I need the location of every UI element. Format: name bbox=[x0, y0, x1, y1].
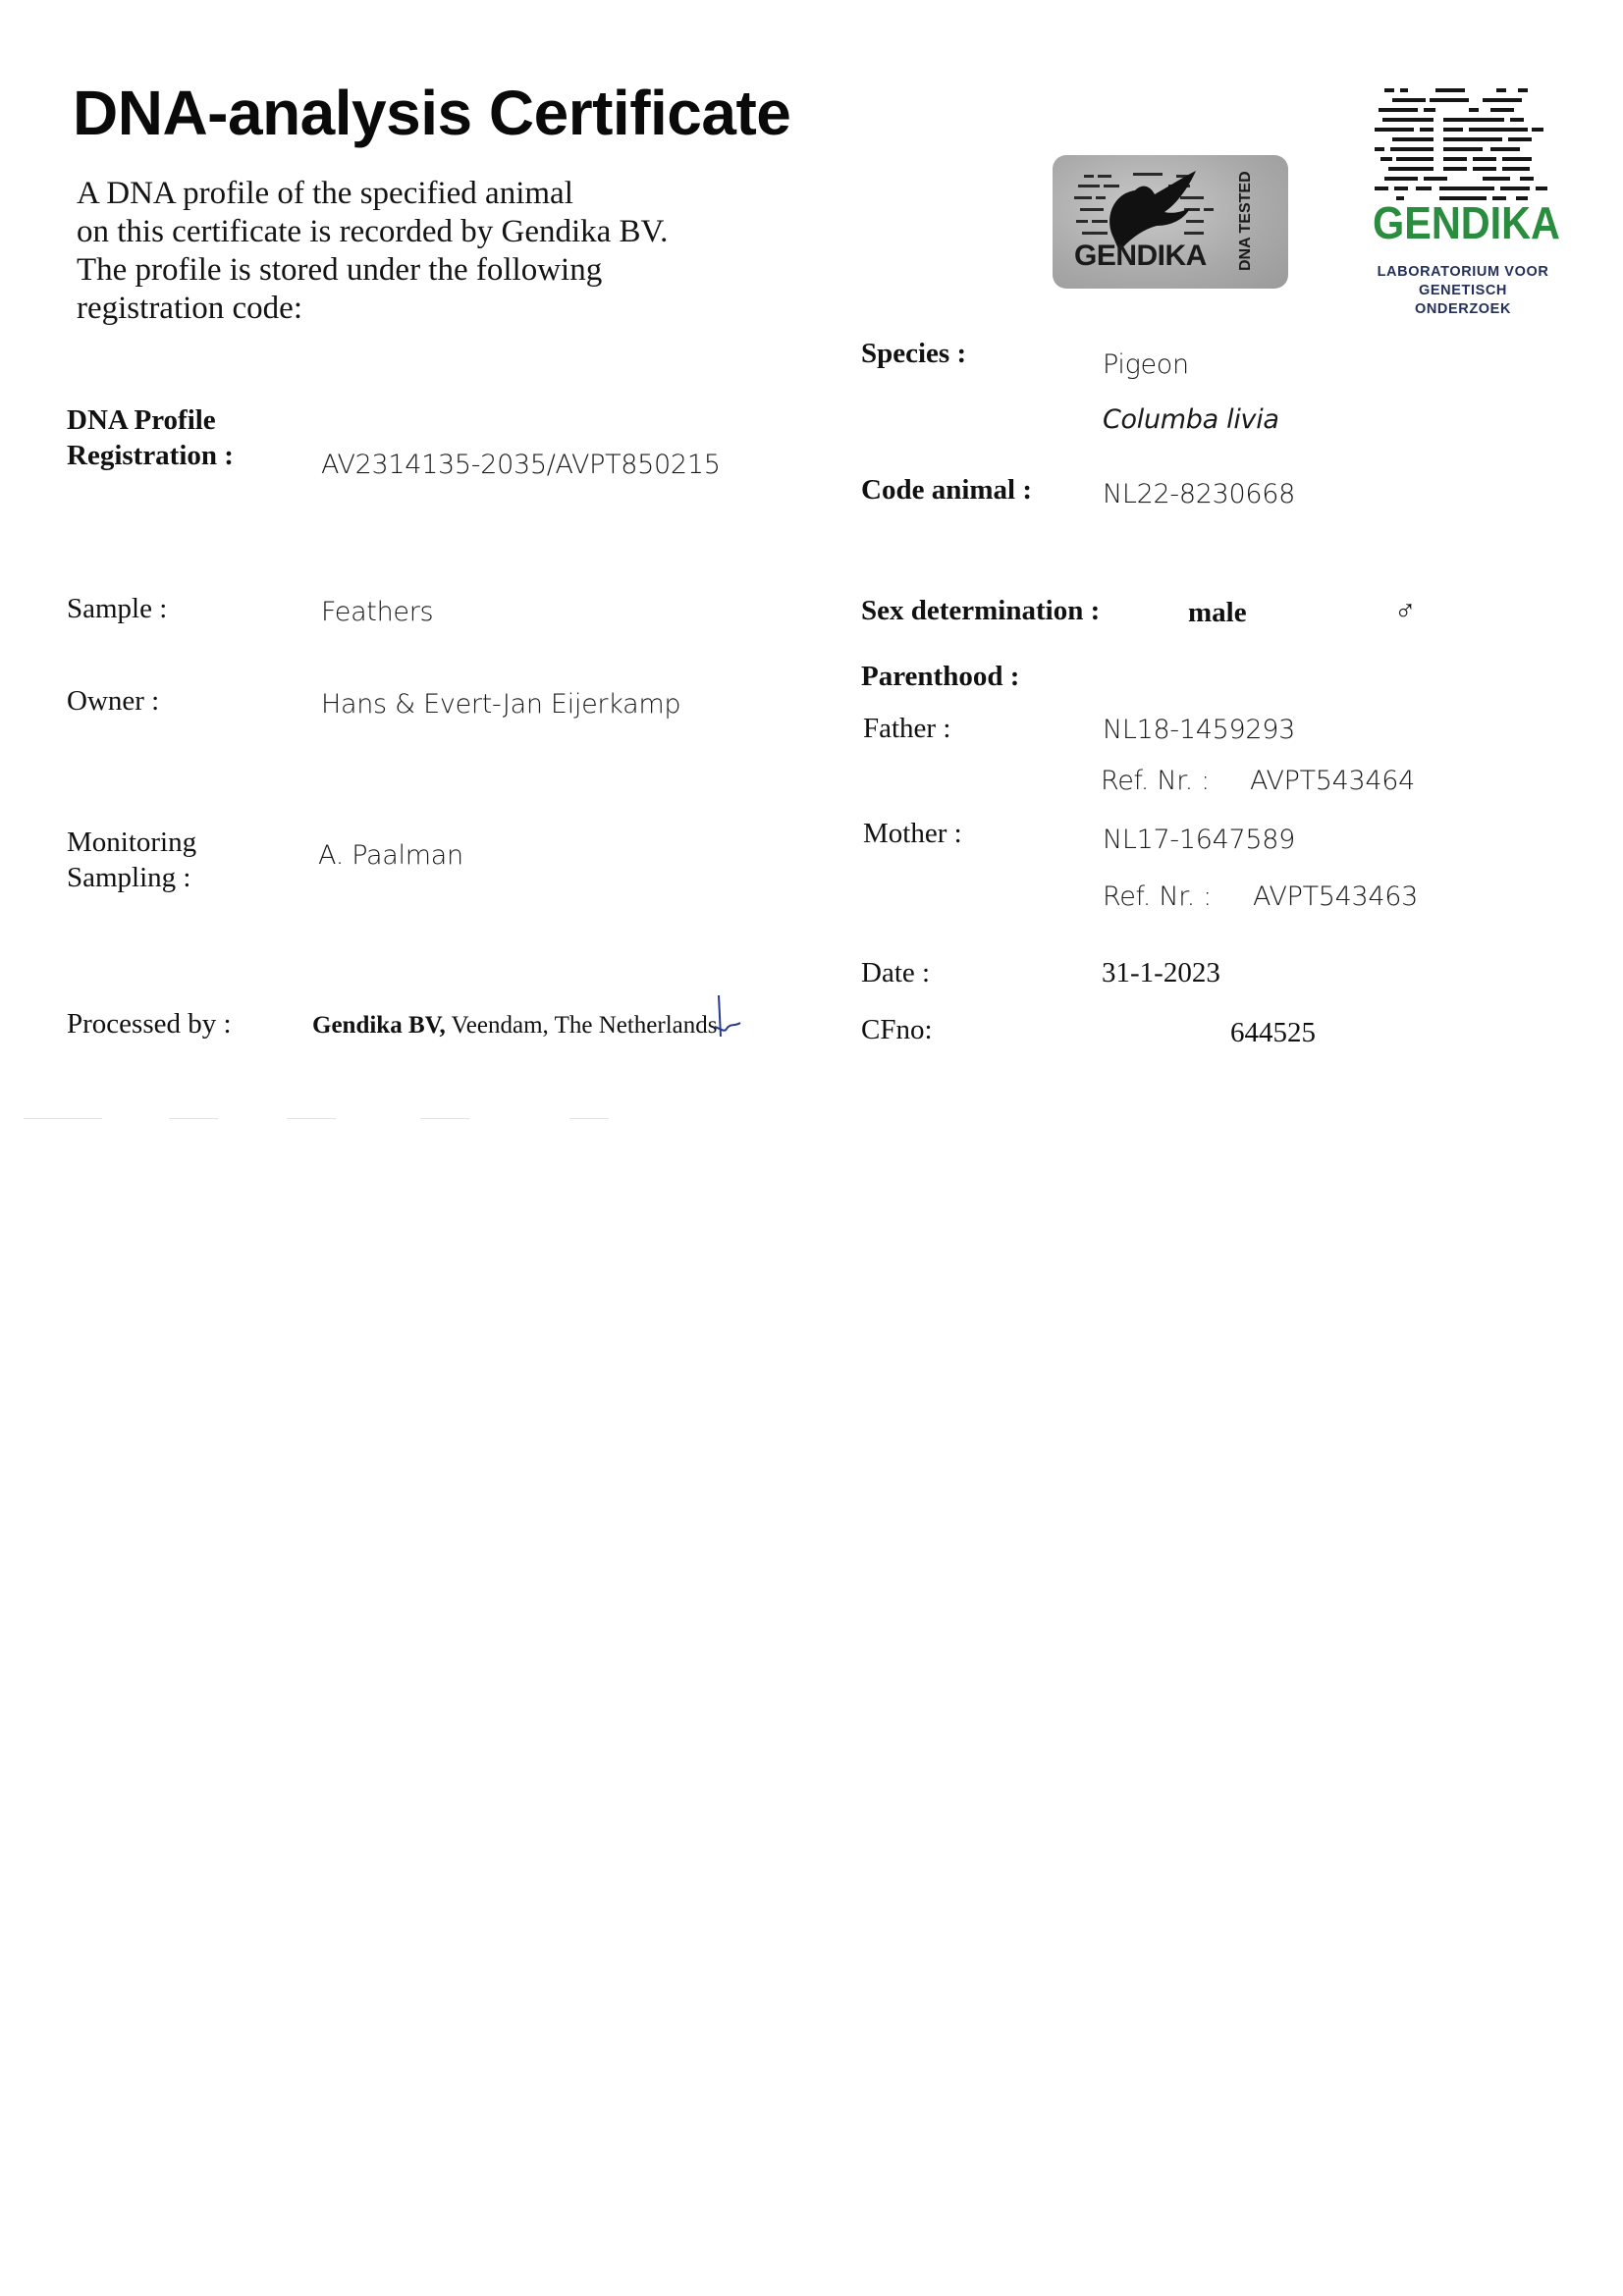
date-value: 31-1-2023 bbox=[1102, 957, 1220, 989]
father-ref-label: Ref. Nr. : bbox=[1101, 766, 1210, 796]
processed-value: Gendika BV, Veendam, The Netherlands bbox=[312, 1012, 718, 1040]
processed-location: Veendam, The Netherlands bbox=[446, 1012, 718, 1039]
male-symbol-icon: ♂ bbox=[1394, 595, 1417, 628]
seal-brand: GENDIKA bbox=[1074, 240, 1207, 273]
monitoring-label-line2: Sampling : bbox=[67, 862, 190, 894]
mother-ref-value: AVPT543463 bbox=[1253, 881, 1418, 912]
sample-label: Sample : bbox=[67, 593, 167, 625]
logo-subtitle: LABORATORIUM VOOR GENETISCH ONDERZOEK bbox=[1375, 263, 1551, 319]
logo-brand-name: GENDIKA bbox=[1373, 196, 1560, 249]
sex-label: Sex determination : bbox=[861, 595, 1100, 627]
divider bbox=[287, 1118, 336, 1119]
intro-line: on this certificate is recorded by Gendi… bbox=[77, 213, 668, 251]
owner-value: Hans & Evert-Jan Eijerkamp bbox=[321, 689, 680, 720]
divider bbox=[420, 1118, 469, 1119]
monitoring-label-line1: Monitoring bbox=[67, 827, 196, 859]
owner-label: Owner : bbox=[67, 685, 159, 718]
father-label: Father : bbox=[863, 713, 950, 745]
processed-company: Gendika BV, bbox=[312, 1012, 446, 1039]
father-value: NL18-1459293 bbox=[1103, 715, 1295, 745]
intro-text: A DNA profile of the specified animal on… bbox=[77, 175, 668, 328]
logo-subtitle-line: LABORATORIUM VOOR bbox=[1375, 263, 1551, 282]
species-label: Species : bbox=[861, 338, 966, 370]
divider bbox=[569, 1118, 609, 1119]
gendika-logo-icon bbox=[1375, 86, 1551, 204]
parenthood-label: Parenthood : bbox=[861, 661, 1019, 693]
species-latin-name: Columba livia bbox=[1103, 404, 1279, 435]
mother-value: NL17-1647589 bbox=[1103, 825, 1295, 855]
intro-line: A DNA profile of the specified animal bbox=[77, 175, 668, 213]
sex-value: male bbox=[1188, 597, 1247, 629]
page-title: DNA-analysis Certificate bbox=[73, 77, 790, 149]
registration-label-line1: DNA Profile bbox=[67, 404, 216, 437]
logo-subtitle-line: GENETISCH ONDERZOEK bbox=[1375, 282, 1551, 319]
registration-label-line2: Registration : bbox=[67, 440, 234, 472]
date-label: Date : bbox=[861, 957, 930, 989]
code-animal-label: Code animal : bbox=[861, 474, 1032, 507]
code-animal-value: NL22-8230668 bbox=[1103, 479, 1295, 509]
sample-value: Feathers bbox=[321, 597, 433, 627]
species-common-name: Pigeon bbox=[1103, 349, 1189, 380]
registration-value: AV2314135-2035/AVPT850215 bbox=[321, 450, 721, 480]
signature-mark-icon bbox=[711, 993, 744, 1042]
monitoring-value: A. Paalman bbox=[318, 840, 463, 871]
seal-tested-label: DNA TESTED bbox=[1237, 171, 1255, 271]
cfno-label: CFno: bbox=[861, 1014, 933, 1046]
dna-tested-seal: GENDIKA DNA TESTED bbox=[1053, 155, 1288, 289]
mother-ref-label: Ref. Nr. : bbox=[1103, 881, 1212, 912]
mother-label: Mother : bbox=[863, 818, 962, 850]
intro-line: The profile is stored under the followin… bbox=[77, 251, 668, 290]
processed-label: Processed by : bbox=[67, 1008, 232, 1041]
divider bbox=[169, 1118, 218, 1119]
father-ref-value: AVPT543464 bbox=[1250, 766, 1415, 796]
cfno-value: 644525 bbox=[1230, 1017, 1316, 1049]
intro-line: registration code: bbox=[77, 290, 668, 328]
divider bbox=[24, 1118, 102, 1119]
